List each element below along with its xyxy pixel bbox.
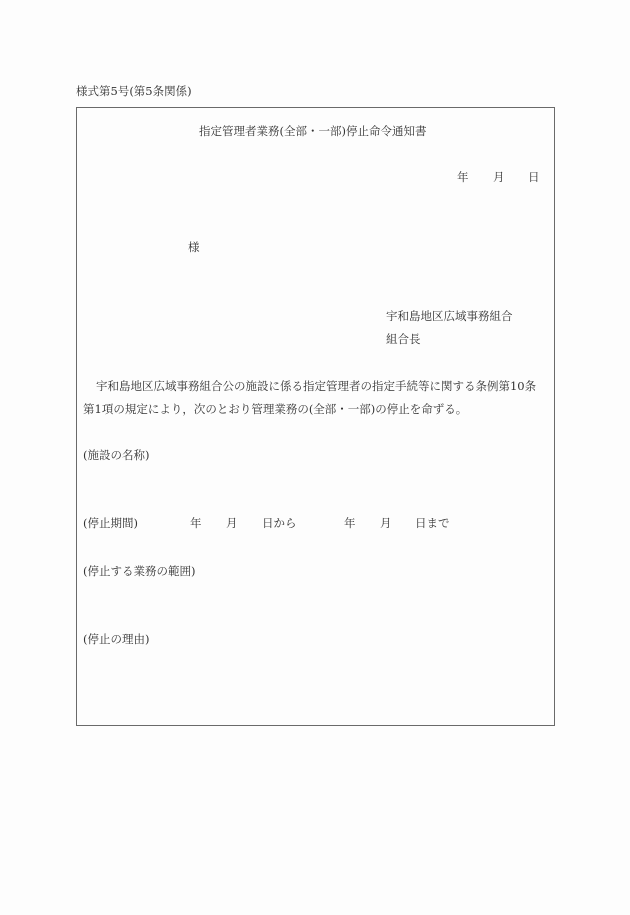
period-to-month: 月 xyxy=(380,516,392,530)
form-number-label: 様式第5号(第5条関係) xyxy=(76,84,192,98)
scope-label: (停止する業務の範囲) xyxy=(83,564,195,578)
body-text-line-1: 宇和島地区広域事務組合公の施設に係る指定管理者の指定手続等に関する条例第10条 xyxy=(96,379,536,393)
addressee-suffix: 様 xyxy=(188,240,200,254)
facility-name-label: (施設の名称) xyxy=(83,448,149,462)
date-month: 月 xyxy=(493,170,505,184)
period-to-day: 日まで xyxy=(415,516,450,530)
period-to-year: 年 xyxy=(344,516,356,530)
reason-label: (停止の理由) xyxy=(83,632,149,646)
suspension-period-label: (停止期間) xyxy=(83,516,138,530)
body-text-line-2: 第1項の規定により，次のとおり管理業務の(全部・一部)の停止を命ずる。 xyxy=(83,402,467,416)
period-from-day: 日から xyxy=(262,516,297,530)
date-day: 日 xyxy=(528,170,540,184)
period-from-month: 月 xyxy=(226,516,238,530)
period-from-year: 年 xyxy=(190,516,202,530)
issuer-position: 組合長 xyxy=(386,332,421,346)
issuer-organization: 宇和島地区広域事務組合 xyxy=(386,309,513,323)
document-title: 指定管理者業務(全部・一部)停止命令通知書 xyxy=(199,124,426,138)
date-year: 年 xyxy=(457,170,469,184)
